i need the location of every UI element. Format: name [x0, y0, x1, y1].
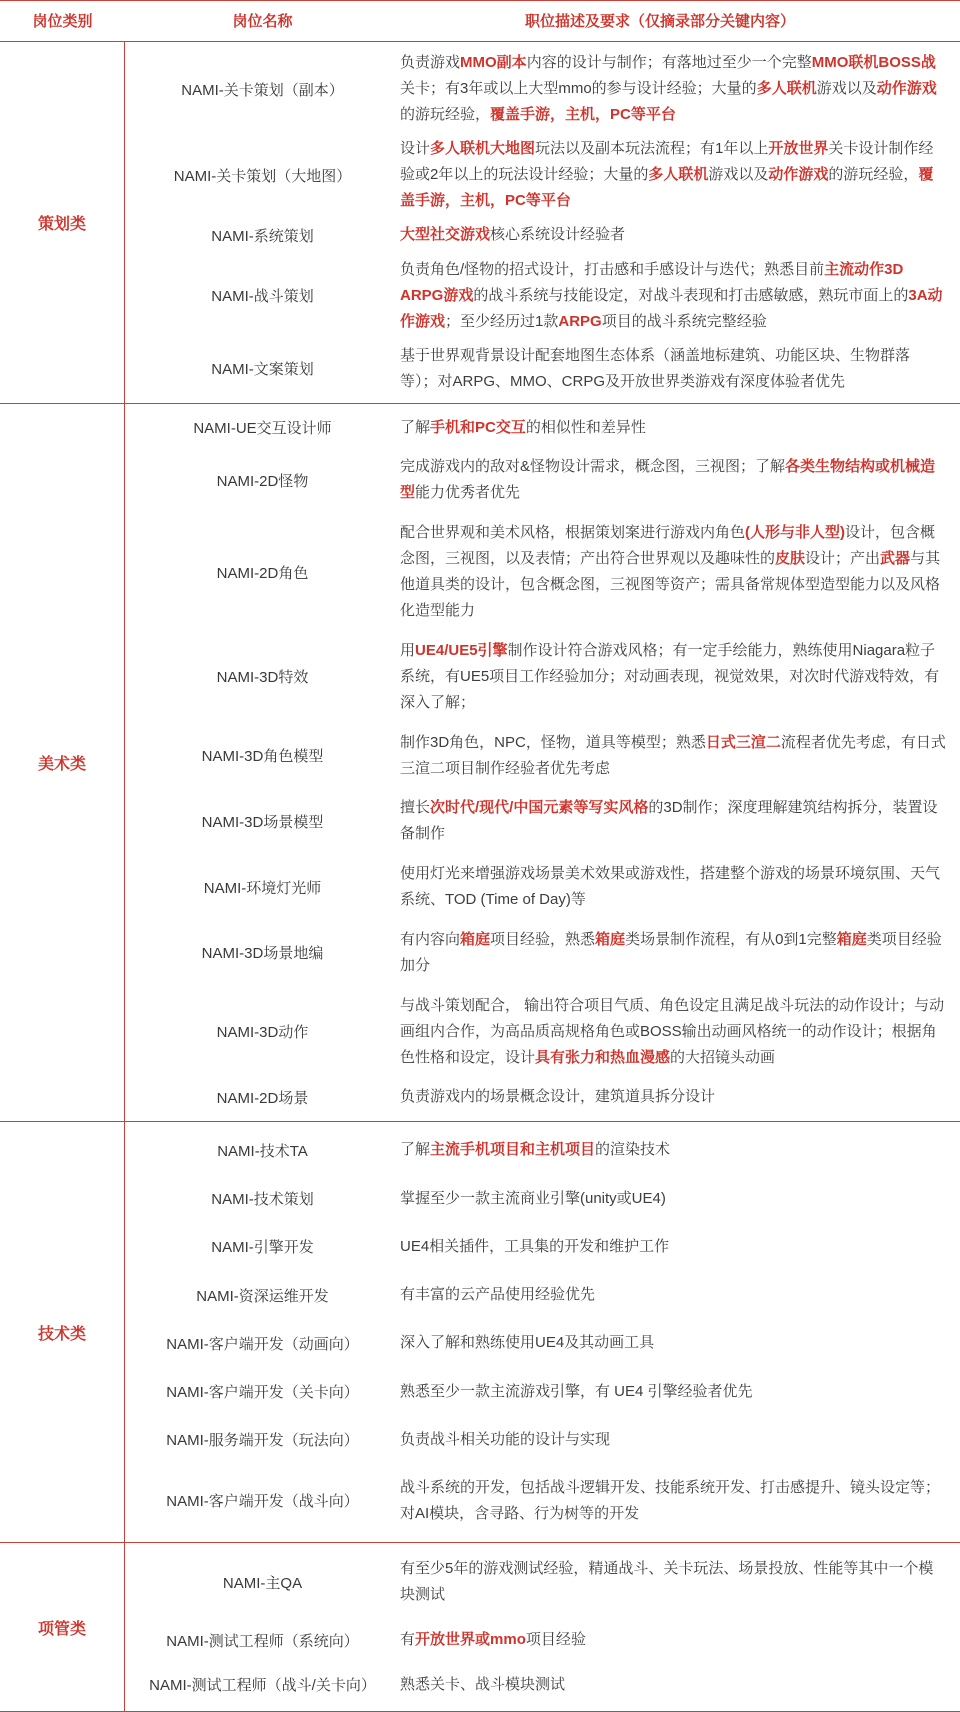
job-description: 有丰富的云产品使用经验优先 [400, 1282, 960, 1308]
header-job-title: 岗位名称 [125, 10, 400, 31]
job-title: NAMI-资深运维开发 [125, 1285, 400, 1306]
job-description-text: 内容的设计与制作；有落地过至少一个完整 [527, 54, 812, 71]
category-section: 策划类NAMI-关卡策划（副本）负责游戏MMO副本内容的设计与制作；有落地过至少… [0, 42, 960, 404]
job-description-text: 核心系统设计经验者 [490, 226, 625, 243]
job-title: NAMI-文案策划 [125, 358, 400, 379]
job-description: 使用灯光来增强游戏场景美术效果或游戏性，搭建整个游戏的场景环境氛围、天气系统、T… [400, 861, 960, 913]
job-description-highlight: 主流手机项目和主机项目 [430, 1141, 595, 1158]
table-row: NAMI-3D场景地编有内容向箱庭项目经验，熟悉箱庭类场景制作流程，有从0到1完… [125, 927, 960, 979]
job-description: 熟悉至少一款主流游戏引擎，有 UE4 引擎经验者优先 [400, 1379, 960, 1405]
job-title: NAMI-引擎开发 [125, 1236, 400, 1257]
job-description: 了解主流手机项目和主机项目的渲染技术 [400, 1137, 960, 1163]
job-description-text: 负责游戏 [400, 54, 460, 71]
job-title: NAMI-关卡策划（副本） [125, 79, 400, 100]
job-title: NAMI-系统策划 [125, 225, 400, 246]
job-title: NAMI-技术策划 [125, 1188, 400, 1209]
job-description-text: 有丰富的云产品使用经验优先 [400, 1286, 595, 1303]
job-description-highlight: MMO联机BOSS战 [812, 54, 936, 71]
job-description: 负责战斗相关功能的设计与实现 [400, 1427, 960, 1453]
table-row: NAMI-2D怪物完成游戏内的敌对&怪物设计需求，概念图，三视图；了解各类生物结… [125, 454, 960, 506]
category-label: 项管类 [38, 1616, 86, 1639]
job-description-highlight: UE4/UE5引擎 [415, 642, 508, 659]
table-row: NAMI-关卡策划（大地图）设计多人联机大地图玩法以及副本玩法流程；有1年以上开… [125, 136, 960, 214]
job-title: NAMI-3D场景地编 [125, 942, 400, 963]
rows-container: NAMI-技术TA了解主流手机项目和主机项目的渲染技术NAMI-技术策划掌握至少… [125, 1122, 960, 1542]
job-description-highlight: 开放世界或mmo [415, 1631, 526, 1648]
job-title: NAMI-关卡策划（大地图） [125, 165, 400, 186]
table-header-row: 岗位类别 岗位名称 职位描述及要求（仅摘录部分关键内容） [0, 1, 960, 42]
job-description-highlight: (人形与非人型) [745, 524, 845, 541]
job-description-highlight: 日式三渲二 [706, 734, 781, 751]
job-description-text: 的相似性和差异性 [526, 419, 646, 436]
job-description-text: 的战斗系统与技能设定，对战斗表现和打击感敏感，熟玩市面上的 [473, 287, 908, 304]
job-description-text: 项目的战斗系统完整经验 [602, 313, 767, 330]
table-row: NAMI-3D动作与战斗策划配合， 输出符合项目气质、角色设定且满足战斗玩法的动… [125, 993, 960, 1071]
job-description-text: 游戏以及 [817, 80, 877, 97]
job-title: NAMI-2D场景 [125, 1087, 400, 1108]
job-description-highlight: 具有张力和热血漫感 [535, 1049, 670, 1066]
job-description-text: 有至少5年的游戏测试经验，精通战斗、关卡玩法、场景投放、性能等其中一个模块测试 [400, 1560, 933, 1603]
job-title: NAMI-主QA [125, 1572, 400, 1593]
job-description-highlight: 箱庭 [595, 931, 625, 948]
job-description: 与战斗策划配合， 输出符合项目气质、角色设定且满足战斗玩法的动作设计；与动画组内… [400, 993, 960, 1071]
rows-container: NAMI-主QA有至少5年的游戏测试经验，精通战斗、关卡玩法、场景投放、性能等其… [125, 1543, 960, 1711]
rows-container: NAMI-UE交互设计师了解手机和PC交互的相似性和差异性NAMI-2D怪物完成… [125, 404, 960, 1122]
job-description-text: 了解 [400, 419, 430, 436]
table-row: NAMI-客户端开发（战斗向）战斗系统的开发，包括战斗逻辑开发、技能系统开发、打… [125, 1475, 960, 1527]
job-description-text: 战斗系统的开发，包括战斗逻辑开发、技能系统开发、打击感提升、镜头设定等；对AI模… [400, 1479, 940, 1522]
table-row: NAMI-技术策划掌握至少一款主流商业引擎(unity或UE4) [125, 1186, 960, 1212]
job-table: 岗位类别 岗位名称 职位描述及要求（仅摘录部分关键内容） 策划类NAMI-关卡策… [0, 0, 960, 1712]
category-cell: 美术类 [0, 404, 125, 1122]
job-title: NAMI-UE交互设计师 [125, 417, 400, 438]
job-description-text: 掌握至少一款主流商业引擎(unity或UE4) [400, 1190, 666, 1207]
job-description-highlight: 箱庭 [837, 931, 867, 948]
job-description-highlight: 多人联机大地图 [430, 140, 535, 157]
job-title: NAMI-客户端开发（关卡向） [125, 1381, 400, 1402]
job-description-highlight: ARPG [558, 313, 601, 330]
job-description: 熟悉关卡、战斗模块测试 [400, 1672, 960, 1698]
category-section: 项管类NAMI-主QA有至少5年的游戏测试经验，精通战斗、关卡玩法、场景投放、性… [0, 1543, 960, 1712]
job-description: 有内容向箱庭项目经验，熟悉箱庭类场景制作流程，有从0到1完整箱庭类项目经验加分 [400, 927, 960, 979]
job-title: NAMI-2D角色 [125, 562, 400, 583]
job-description-text: 制作3D角色，NPC，怪物，道具等模型；熟悉 [400, 734, 706, 751]
job-title: NAMI-客户端开发（战斗向） [125, 1490, 400, 1511]
job-description-text: 了解 [400, 1141, 430, 1158]
job-description-text: 的渲染技术 [595, 1141, 670, 1158]
rows-container: NAMI-关卡策划（副本）负责游戏MMO副本内容的设计与制作；有落地过至少一个完… [125, 42, 960, 403]
table-row: NAMI-2D角色配合世界观和美术风格，根据策划案进行游戏内角色(人形与非人型)… [125, 520, 960, 624]
job-description-text: 负责角色/怪物的招式设计，打击感和手感设计与迭代；熟悉目前 [400, 261, 824, 278]
category-label: 美术类 [38, 751, 86, 774]
job-description: 擅长次时代/现代/中国元素等写实风格的3D制作；深度理解建筑结构拆分，装置设备制… [400, 795, 960, 847]
category-cell: 项管类 [0, 1543, 125, 1711]
table-row: NAMI-主QA有至少5年的游戏测试经验，精通战斗、关卡玩法、场景投放、性能等其… [125, 1556, 960, 1608]
job-description-highlight: 大型社交游戏 [400, 226, 490, 243]
job-title: NAMI-3D动作 [125, 1021, 400, 1042]
job-description: 完成游戏内的敌对&怪物设计需求，概念图，三视图；了解各类生物结构或机械造型能力优… [400, 454, 960, 506]
table-row: NAMI-3D场景模型擅长次时代/现代/中国元素等写实风格的3D制作；深度理解建… [125, 795, 960, 847]
job-description-text: 能力优秀者优先 [415, 484, 520, 501]
header-description: 职位描述及要求（仅摘录部分关键内容） [400, 10, 960, 31]
job-description: 深入了解和熟练使用UE4及其动画工具 [400, 1330, 960, 1356]
table-row: NAMI-战斗策划负责角色/怪物的招式设计，打击感和手感设计与迭代；熟悉目前主流… [125, 257, 960, 335]
job-description-text: 基于世界观背景设计配套地图生态体系（涵盖地标建筑、功能区块、生物群落等）；对AR… [400, 347, 910, 390]
table-row: NAMI-3D特效用UE4/UE5引擎制作设计符合游戏风格；有一定手绘能力，熟练… [125, 638, 960, 716]
job-description-text: 擅长 [400, 799, 430, 816]
table-row: NAMI-测试工程师（系统向）有开放世界或mmo项目经验 [125, 1627, 960, 1653]
job-description-text: 游戏以及 [708, 166, 768, 183]
job-title: NAMI-战斗策划 [125, 285, 400, 306]
job-description: UE4相关插件，工具集的开发和维护工作 [400, 1234, 960, 1260]
header-category: 岗位类别 [0, 10, 125, 31]
job-title: NAMI-客户端开发（动画向） [125, 1333, 400, 1354]
job-description-highlight: 次时代/现代/中国元素等写实风格 [430, 799, 648, 816]
job-title: NAMI-2D怪物 [125, 470, 400, 491]
job-description: 配合世界观和美术风格，根据策划案进行游戏内角色(人形与非人型)设计，包含概念图，… [400, 520, 960, 624]
job-description-highlight: 多人联机 [648, 166, 708, 183]
job-description-highlight: 开放世界 [768, 140, 828, 157]
job-title: NAMI-测试工程师（系统向） [125, 1630, 400, 1651]
table-row: NAMI-测试工程师（战斗/关卡向）熟悉关卡、战斗模块测试 [125, 1672, 960, 1698]
job-description-text: 负责战斗相关功能的设计与实现 [400, 1431, 610, 1448]
table-row: NAMI-系统策划大型社交游戏核心系统设计经验者 [125, 222, 960, 248]
job-description-highlight: 多人联机 [757, 80, 817, 97]
job-description-text: 设计 [400, 140, 430, 157]
job-description: 负责游戏MMO副本内容的设计与制作；有落地过至少一个完整MMO联机BOSS战关卡… [400, 50, 960, 128]
table-row: NAMI-资深运维开发有丰富的云产品使用经验优先 [125, 1282, 960, 1308]
job-description-text: 设计；产出 [805, 550, 880, 567]
job-description-text: 项目经验，熟悉 [490, 931, 595, 948]
table-row: NAMI-文案策划基于世界观背景设计配套地图生态体系（涵盖地标建筑、功能区块、生… [125, 343, 960, 395]
job-description-text: 的大招镜头动画 [670, 1049, 775, 1066]
table-row: NAMI-引擎开发UE4相关插件，工具集的开发和维护工作 [125, 1234, 960, 1260]
job-description-highlight: 武器 [880, 550, 910, 567]
job-description-text: 配合世界观和美术风格，根据策划案进行游戏内角色 [400, 524, 745, 541]
job-description-text: 的游玩经验， [400, 106, 490, 123]
job-description-highlight: 手机和PC交互 [430, 419, 526, 436]
job-description-highlight: MMO副本 [460, 54, 527, 71]
job-description: 有至少5年的游戏测试经验，精通战斗、关卡玩法、场景投放、性能等其中一个模块测试 [400, 1556, 960, 1608]
job-description-text: UE4相关插件，工具集的开发和维护工作 [400, 1238, 669, 1255]
job-title: NAMI-3D特效 [125, 666, 400, 687]
job-title: NAMI-服务端开发（玩法向） [125, 1429, 400, 1450]
table-row: NAMI-技术TA了解主流手机项目和主机项目的渲染技术 [125, 1137, 960, 1163]
job-description-text: 熟悉至少一款主流游戏引擎，有 UE4 引擎经验者优先 [400, 1383, 753, 1400]
job-description-text: ；至少经历过1款 [445, 313, 558, 330]
job-description-highlight: 动作游戏 [877, 80, 937, 97]
category-cell: 技术类 [0, 1122, 125, 1542]
job-description-text: 的游玩经验， [828, 166, 918, 183]
job-description-text: 关卡；有3年或以上大型mmo的参与设计经验；大量的 [400, 80, 757, 97]
table-row: NAMI-3D角色模型制作3D角色，NPC，怪物，道具等模型；熟悉日式三渲二流程… [125, 730, 960, 782]
category-cell: 策划类 [0, 42, 125, 403]
table-row: NAMI-服务端开发（玩法向）负责战斗相关功能的设计与实现 [125, 1427, 960, 1453]
job-description: 了解手机和PC交互的相似性和差异性 [400, 415, 960, 441]
table-row: NAMI-UE交互设计师了解手机和PC交互的相似性和差异性 [125, 415, 960, 441]
job-description-text: 熟悉关卡、战斗模块测试 [400, 1676, 565, 1693]
job-description-highlight: 皮肤 [775, 550, 805, 567]
job-description: 大型社交游戏核心系统设计经验者 [400, 222, 960, 248]
job-description: 掌握至少一款主流商业引擎(unity或UE4) [400, 1186, 960, 1212]
job-title: NAMI-环境灯光师 [125, 877, 400, 898]
job-title: NAMI-3D场景模型 [125, 811, 400, 832]
table-row: NAMI-环境灯光师使用灯光来增强游戏场景美术效果或游戏性，搭建整个游戏的场景环… [125, 861, 960, 913]
job-description-text: 使用灯光来增强游戏场景美术效果或游戏性，搭建整个游戏的场景环境氛围、天气系统、T… [400, 865, 940, 908]
job-description: 用UE4/UE5引擎制作设计符合游戏风格；有一定手绘能力，熟练使用Niagara… [400, 638, 960, 716]
job-description: 设计多人联机大地图玩法以及副本玩法流程；有1年以上开放世界关卡设计制作经验或2年… [400, 136, 960, 214]
job-description-text: 有内容向 [400, 931, 460, 948]
job-description-text: 玩法以及副本玩法流程；有1年以上 [535, 140, 768, 157]
job-description: 负责角色/怪物的招式设计，打击感和手感设计与迭代；熟悉目前主流动作3D ARPG… [400, 257, 960, 335]
job-description-text: 类场景制作流程，有从0到1完整 [625, 931, 837, 948]
job-description-highlight: 箱庭 [460, 931, 490, 948]
job-title: NAMI-测试工程师（战斗/关卡向） [125, 1674, 400, 1695]
job-title: NAMI-3D角色模型 [125, 745, 400, 766]
category-section: 美术类NAMI-UE交互设计师了解手机和PC交互的相似性和差异性NAMI-2D怪… [0, 404, 960, 1123]
category-section: 技术类NAMI-技术TA了解主流手机项目和主机项目的渲染技术NAMI-技术策划掌… [0, 1122, 960, 1543]
job-description-highlight: 覆盖手游，主机，PC等平台 [490, 106, 676, 123]
table-row: NAMI-客户端开发（关卡向）熟悉至少一款主流游戏引擎，有 UE4 引擎经验者优… [125, 1379, 960, 1405]
job-description: 战斗系统的开发，包括战斗逻辑开发、技能系统开发、打击感提升、镜头设定等；对AI模… [400, 1475, 960, 1527]
category-label: 技术类 [38, 1321, 86, 1344]
job-description-text: 完成游戏内的敌对&怪物设计需求，概念图，三视图；了解 [400, 458, 785, 475]
job-description-text: 用 [400, 642, 415, 659]
job-title: NAMI-技术TA [125, 1140, 400, 1161]
job-description: 负责游戏内的场景概念设计，建筑道具拆分设计 [400, 1084, 960, 1110]
job-description-text: 深入了解和熟练使用UE4及其动画工具 [400, 1334, 654, 1351]
job-description-text: 负责游戏内的场景概念设计，建筑道具拆分设计 [400, 1088, 715, 1105]
job-description: 基于世界观背景设计配套地图生态体系（涵盖地标建筑、功能区块、生物群落等）；对AR… [400, 343, 960, 395]
job-description-highlight: 动作游戏 [768, 166, 828, 183]
job-description: 制作3D角色，NPC，怪物，道具等模型；熟悉日式三渲二流程者优先考虑，有日式三渲… [400, 730, 960, 782]
table-row: NAMI-客户端开发（动画向）深入了解和熟练使用UE4及其动画工具 [125, 1330, 960, 1356]
table-row: NAMI-关卡策划（副本）负责游戏MMO副本内容的设计与制作；有落地过至少一个完… [125, 50, 960, 128]
table-row: NAMI-2D场景负责游戏内的场景概念设计，建筑道具拆分设计 [125, 1084, 960, 1110]
category-label: 策划类 [38, 211, 86, 234]
job-description: 有开放世界或mmo项目经验 [400, 1627, 960, 1653]
job-description-text: 有 [400, 1631, 415, 1648]
job-description-text: 项目经验 [526, 1631, 586, 1648]
